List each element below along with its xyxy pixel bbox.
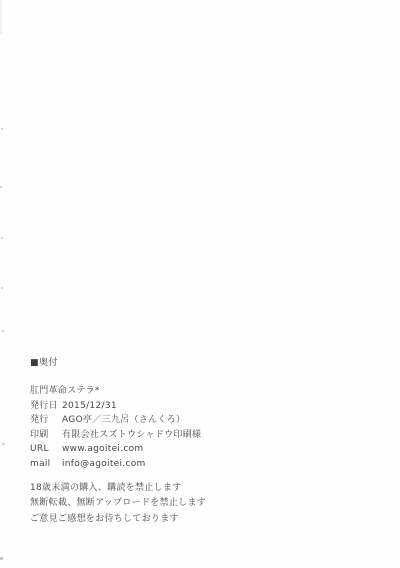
colophon-heading: ■奥付 bbox=[30, 358, 58, 369]
field-label: 発行 bbox=[30, 413, 62, 428]
notice-age-restriction: 18歳未満の購入、購読を禁止します bbox=[30, 481, 370, 496]
scan-speck bbox=[0, 186, 2, 188]
scan-edge-shadow bbox=[0, 0, 3, 34]
notices-block: 18歳未満の購入、購読を禁止します 無断転載、無断アップロードを禁止します ご意… bbox=[30, 481, 370, 527]
scan-speck bbox=[1, 128, 3, 130]
field-label: 印刷 bbox=[30, 428, 62, 443]
field-mail: mail info@agoitei.com bbox=[30, 457, 360, 472]
notice-no-repost: 無断転載、無断アップロードを禁止します bbox=[30, 496, 370, 511]
field-label: 発行日 bbox=[30, 399, 62, 414]
scan-speck bbox=[1, 237, 3, 239]
field-label: mail bbox=[30, 457, 62, 472]
scan-speck bbox=[0, 557, 3, 560]
publish-date-value: 2015/12/31 bbox=[62, 399, 360, 414]
website-url-text: www.agoitei.com bbox=[62, 442, 360, 457]
scan-speck bbox=[1, 287, 3, 289]
field-publisher: 発行 AGO亭／三九呂（さんくろ） bbox=[30, 413, 360, 428]
field-publish-date: 発行日 2015/12/31 bbox=[30, 399, 360, 414]
colophon-body: 肛門革命ステラ* 発行日 2015/12/31 発行 AGO亭／三九呂（さんくろ… bbox=[30, 384, 360, 471]
scan-speck bbox=[2, 443, 5, 445]
publisher-value: AGO亭／三九呂（さんくろ） bbox=[62, 413, 360, 428]
book-title: 肛門革命ステラ* bbox=[30, 384, 360, 399]
scanned-colophon-page: ■奥付 肛門革命ステラ* 発行日 2015/12/31 発行 AGO亭／三九呂（… bbox=[0, 0, 400, 568]
printer-value: 有限会社スズトウシャドウ印刷様 bbox=[62, 428, 360, 443]
field-printer: 印刷 有限会社スズトウシャドウ印刷様 bbox=[30, 428, 360, 443]
email-address-text: info@agoitei.com bbox=[62, 457, 360, 472]
scan-speck bbox=[2, 330, 4, 332]
notice-feedback: ご意見ご感想をお待ちしております bbox=[30, 512, 370, 527]
field-label: URL bbox=[30, 442, 62, 457]
field-url: URL www.agoitei.com bbox=[30, 442, 360, 457]
